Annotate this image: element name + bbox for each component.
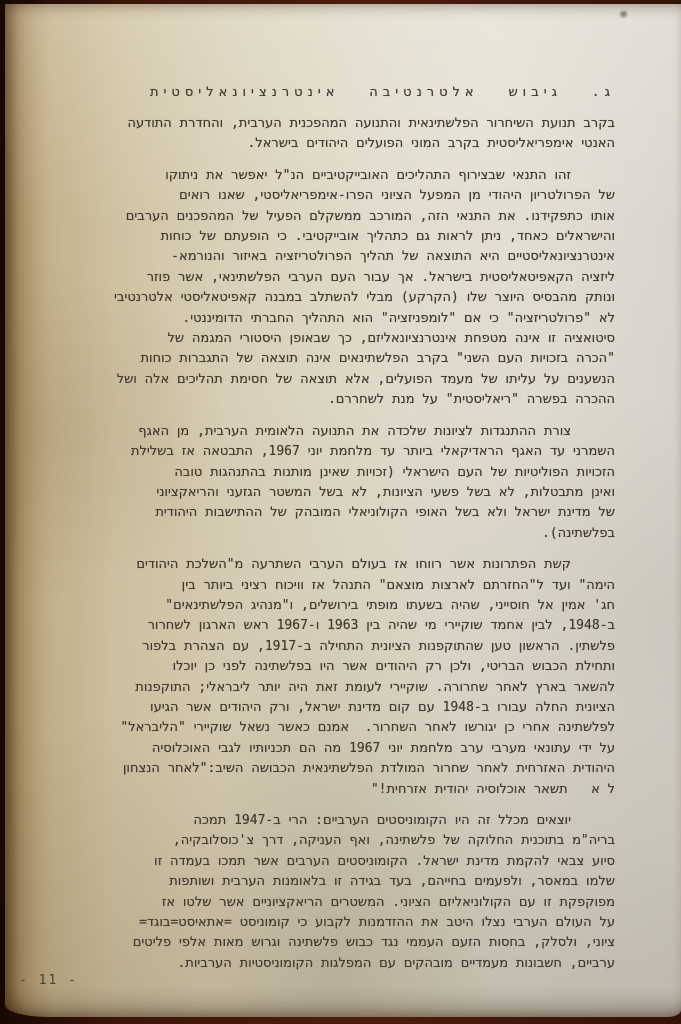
text-line: סיטואציה זו אינה מטפחת אינטרנציונאליזם, … bbox=[43, 329, 615, 349]
text-line: ההכרה בפשרה "ריאליסטית" על מנת לשחררם. bbox=[43, 390, 615, 410]
text-line: אינטרנציונאליסטיים היא התוצאה של תהליך ה… bbox=[43, 247, 615, 267]
text-line: והישראלים כאחד, ניתן לראות גם כתהליך אוב… bbox=[43, 227, 615, 247]
text-line: ב-1948, לבין אחמד שוקיירי מי שהיה בין 19… bbox=[43, 616, 615, 636]
text-line: בפלשתינה). bbox=[43, 524, 615, 544]
text-line: פלשתין. הראשון טען שהתוקפנות הציונית התח… bbox=[43, 637, 615, 657]
text-line: על העולם הערבי נצלו היטב את ההזדמנות לקב… bbox=[43, 913, 615, 933]
text-line: של הפרולטריון היהודי מן המפעל הציוני הפר… bbox=[43, 186, 615, 206]
text-line: סיוע צבאי להקמת מדינת ישראל. הקומוניסטים… bbox=[43, 852, 615, 872]
photo-frame: ג. גיבוש אלטרנטיבה אינטרנציונאליסטית בקר… bbox=[0, 0, 681, 1024]
scanned-page: ג. גיבוש אלטרנטיבה אינטרנציונאליסטית בקר… bbox=[5, 4, 681, 1017]
page-text: ג. גיבוש אלטרנטיבה אינטרנציונאליסטית בקר… bbox=[43, 83, 615, 974]
paragraph-solutions-debate: קשת הפתרונות אשר רווחו אז בעולם הערבי הש… bbox=[43, 555, 615, 800]
text-line: לפלשתינה אחרי כן יגורשו לאחר השחרור. אמנ… bbox=[43, 718, 615, 738]
text-line: של מדינת ישראל ולא בשל האופי הקולוניאלי … bbox=[43, 503, 615, 523]
text-line: מפוקפקת זו עם הקולוניאליזם הציוני. המשטר… bbox=[43, 893, 615, 913]
paragraph-intro: בקרב תנועת השיחרור הפלשתינאית והתנועה המ… bbox=[43, 114, 615, 155]
text-line: בריה"מ בתוכנית החלוקה של פלשתינה, ואף הע… bbox=[43, 831, 615, 851]
text-line: להשאר בארץ לאחר שחרורה. שוקיירי לעומת זא… bbox=[43, 678, 615, 698]
text-line: קשת הפתרונות אשר רווחו אז בעולם הערבי הש… bbox=[43, 555, 615, 575]
text-line: האנטי אימפריאליסטית בקרב המוני הפועלים ה… bbox=[43, 134, 615, 154]
text-line: ל א תשאר אוכלוסיה יהודית אזרחית!" bbox=[43, 780, 615, 800]
page-number: - 11 - bbox=[19, 973, 78, 988]
text-line: על ידי עתונאי מערבי ערב מלחמת יוני 1967 … bbox=[43, 739, 615, 759]
text-line: ערביים, חשבונות מעמדיים מובהקים עם המפלג… bbox=[43, 954, 615, 974]
text-line: בקרב תנועת השיחרור הפלשתינאית והתנועה המ… bbox=[43, 114, 615, 134]
text-line: הציונית החלה עבורו ב-1948 עם קום מדינת י… bbox=[43, 698, 615, 718]
text-line: חג' אמין אל חוסייני, שהיה בשעתו מופתי בי… bbox=[43, 596, 615, 616]
text-line: ואינן מתבטלות, לא בשל פשעי הציונות, לא ב… bbox=[43, 483, 615, 503]
paragraph-arab-communists: יוצאים מכלל זה היו הקומוניסטים הערביים: … bbox=[43, 811, 615, 974]
text-line: יוצאים מכלל זה היו הקומוניסטים הערביים: … bbox=[43, 811, 615, 831]
text-line: הזכויות הפוליטיות של העם הישראלי (זכויות… bbox=[43, 463, 615, 483]
text-line: ונותק מהבסיס היוצר שלו (הקרקע) מבלי להשת… bbox=[43, 288, 615, 308]
text-line: זהו התנאי שבצירוף התהליכים האובייקטיביים… bbox=[43, 166, 615, 186]
text-line: "הכרה בזכויות העם השני" בקרב הפלשתינאים … bbox=[43, 349, 615, 369]
text-line: ציוני, ולסלק, בחסות הזעם העממי נגד כבוש … bbox=[43, 933, 615, 953]
text-line: ותחילת הכבוש הבריטי, ולכן רק היהודים אשר… bbox=[43, 657, 615, 677]
text-line: היהודית האזרחית לאחר שחרור המולדת הפלשתי… bbox=[43, 759, 615, 779]
text-line: השמרני עד האגף הראדיקאלי ביותר עד מלחמת … bbox=[43, 442, 615, 462]
text-line: שלמו במאסר, ולפעמים בחייהם, בעד בגידה זו… bbox=[43, 872, 615, 892]
text-line: אותו כתפקידנו. את התנאי הזה, המורכב ממשק… bbox=[43, 207, 615, 227]
text-line: לא "פרולטריזציה" כי אם "לומפניזציה" הוא … bbox=[43, 309, 615, 329]
text-line: צורת ההתנגדות לציונות שלכדה את התנועה הל… bbox=[43, 422, 615, 442]
paragraph-condition: זהו התנאי שבצירוף התהליכים האובייקטיביים… bbox=[43, 166, 615, 411]
text-line: הימה" ועד ל"החזרתם לארצות מוצאם" התנהל א… bbox=[43, 576, 615, 596]
paragraph-opposition-forms: צורת ההתנגדות לציונות שלכדה את התנועה הל… bbox=[43, 422, 615, 544]
text-line: ליזציה הקאפיטאליסטית בישראל. אך עבור העם… bbox=[43, 268, 615, 288]
section-heading: ג. גיבוש אלטרנטיבה אינטרנציונאליסטית bbox=[43, 83, 615, 103]
text-line: הנשענים על עליתו של מעמד הפועלים, אלא תו… bbox=[43, 370, 615, 390]
